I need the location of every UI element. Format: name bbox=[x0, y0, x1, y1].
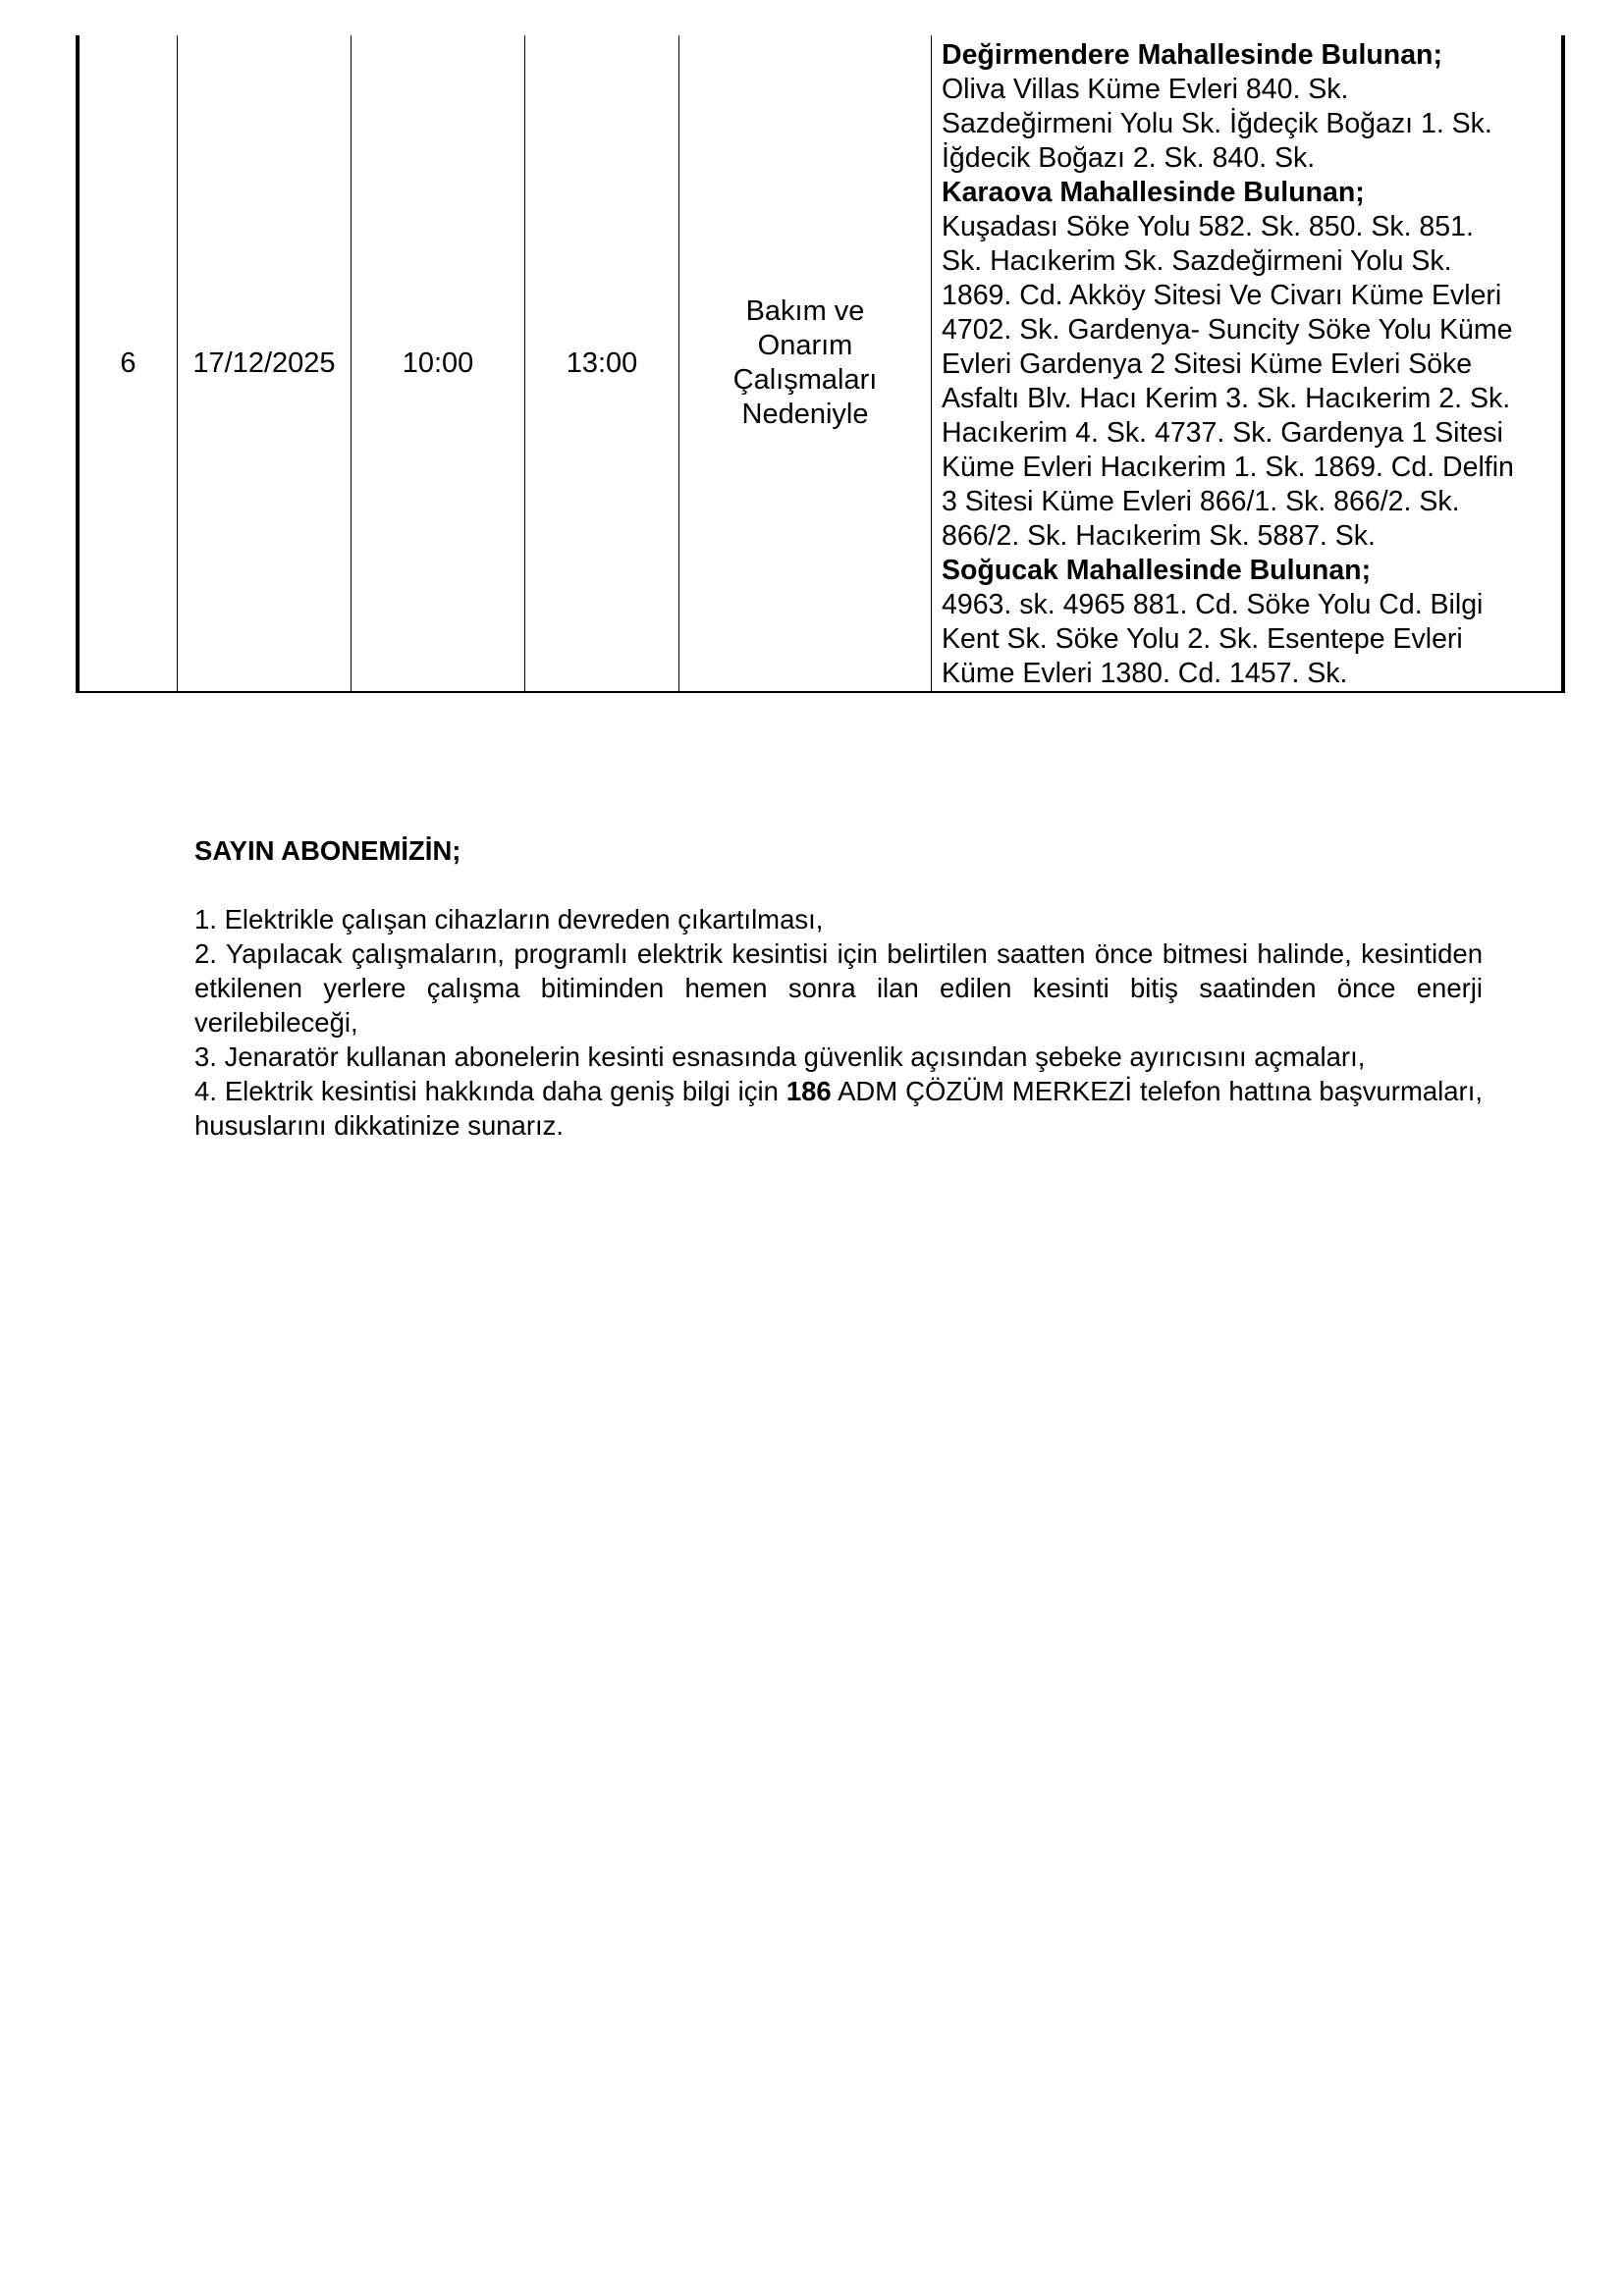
street-list-line: 4702. Sk. Gardenya- Suncity Söke Yolu Kü… bbox=[942, 313, 1553, 347]
start-time-cell: 10:00 bbox=[352, 35, 525, 691]
reason-line: Nedeniyle bbox=[733, 398, 878, 432]
street-list-line: 3 Sitesi Küme Evleri 866/1. Sk. 866/2. S… bbox=[942, 485, 1553, 519]
start-time: 10:00 bbox=[403, 347, 474, 381]
neighborhood-heading: Karaova Mahallesinde Bulunan; bbox=[942, 176, 1553, 210]
street-list-line: Sazdeğirmeni Yolu Sk. İğdeçik Boğazı 1. … bbox=[942, 107, 1553, 141]
street-list-line: İğdecik Boğazı 2. Sk. 840. Sk. bbox=[942, 141, 1553, 176]
row-number-cell: 6 bbox=[80, 35, 178, 691]
street-list-line: Oliva Villas Küme Evleri 840. Sk. bbox=[942, 73, 1553, 107]
date-cell: 17/12/2025 bbox=[178, 35, 352, 691]
street-list-line: Kuşadası Söke Yolu 582. Sk. 850. Sk. 851… bbox=[942, 210, 1553, 244]
notice-item-1: 1. Elektrikle çalışan cihazların devrede… bbox=[194, 902, 1483, 936]
reason-line: Çalışmaları bbox=[733, 363, 878, 398]
street-list-line: Küme Evleri 1380. Cd. 1457. Sk. bbox=[942, 657, 1553, 691]
street-list-line: 1869. Cd. Akköy Sitesi Ve Civarı Küme Ev… bbox=[942, 279, 1553, 313]
notice-item-2: 2. Yapılacak çalışmaların, programlı ele… bbox=[194, 936, 1483, 1040]
outage-date: 17/12/2025 bbox=[192, 347, 335, 381]
subscriber-notice: SAYIN ABONEMİZİN; 1. Elektrikle çalışan … bbox=[194, 833, 1483, 1143]
outage-reason: Bakım ve Onarım Çalışmaları Nedeniyle bbox=[733, 294, 878, 432]
street-list-line: Sk. Hacıkerim Sk. Sazdeğirmeni Yolu Sk. bbox=[942, 244, 1553, 279]
notice-title: SAYIN ABONEMİZİN; bbox=[194, 833, 1483, 868]
call-center-number: 186 bbox=[786, 1076, 832, 1106]
notice-item-3: 3. Jenaratör kullanan abonelerin kesinti… bbox=[194, 1040, 1483, 1074]
street-list-line: Hacıkerim 4. Sk. 4737. Sk. Gardenya 1 Si… bbox=[942, 416, 1553, 451]
reason-cell: Bakım ve Onarım Çalışmaları Nedeniyle bbox=[679, 35, 932, 691]
reason-line: Onarım bbox=[733, 329, 878, 363]
affected-areas-cell: Değirmendere Mahallesinde Bulunan;Oliva … bbox=[932, 35, 1561, 691]
end-time-cell: 13:00 bbox=[525, 35, 679, 691]
end-time: 13:00 bbox=[567, 347, 638, 381]
neighborhood-heading: Soğucak Mahallesinde Bulunan; bbox=[942, 554, 1553, 588]
reason-line: Bakım ve bbox=[733, 294, 878, 329]
street-list-line: 866/2. Sk. Hacıkerim Sk. 5887. Sk. bbox=[942, 519, 1553, 554]
street-list-line: Küme Evleri Hacıkerim 1. Sk. 1869. Cd. D… bbox=[942, 451, 1553, 485]
outage-table: 6 17/12/2025 10:00 13:00 Bakım ve Onarım… bbox=[76, 35, 1565, 693]
street-list-line: Evleri Gardenya 2 Sitesi Küme Evleri Sök… bbox=[942, 347, 1553, 382]
notice-item-4-text: 4. Elektrik kesintisi hakkında daha geni… bbox=[194, 1076, 786, 1106]
notice-item-4: 4. Elektrik kesintisi hakkında daha geni… bbox=[194, 1074, 1483, 1143]
street-list-line: 4963. sk. 4965 881. Cd. Söke Yolu Cd. Bi… bbox=[942, 588, 1553, 622]
street-list-line: Asfaltı Blv. Hacı Kerim 3. Sk. Hacıkerim… bbox=[942, 382, 1553, 416]
row-number: 6 bbox=[120, 347, 135, 381]
neighborhood-heading: Değirmendere Mahallesinde Bulunan; bbox=[942, 38, 1553, 73]
street-list-line: Kent Sk. Söke Yolu 2. Sk. Esentepe Evler… bbox=[942, 622, 1553, 657]
